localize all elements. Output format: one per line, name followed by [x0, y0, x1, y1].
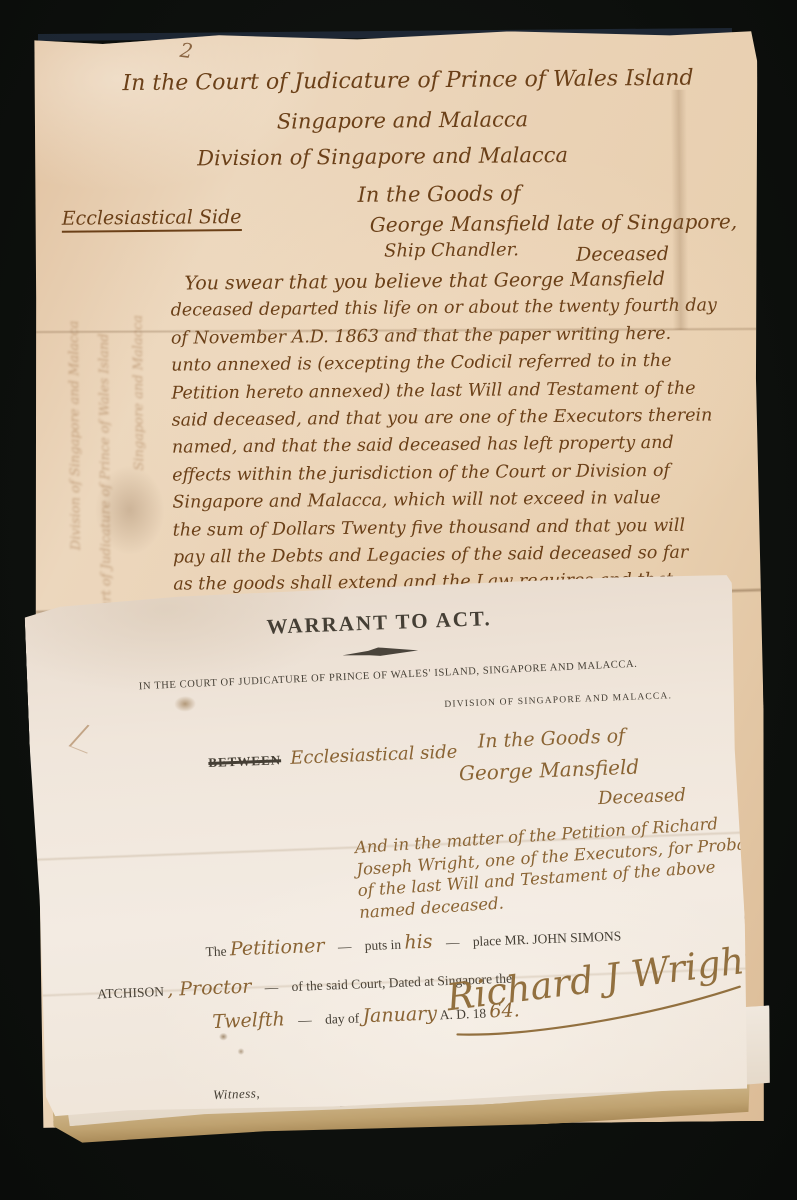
goods-line2: George Mansfield	[459, 755, 640, 786]
his-handwritten: his	[404, 931, 433, 954]
warrant-document: WARRANT TO ACT. IN THE COURT OF JUDICATU…	[24, 573, 751, 1118]
ecclesiastical-side-label: Ecclesiastical Side	[62, 206, 242, 233]
fold-shadow	[671, 90, 689, 330]
ink-stain	[94, 465, 165, 556]
petitioner-handwritten: Petitioner	[230, 935, 325, 961]
ink-stain	[174, 695, 197, 712]
petition-note: And in the matter of the Petition of Ric…	[354, 810, 766, 923]
ink-stain	[237, 1048, 244, 1055]
oath-body-line: Singapore and Malacca, which will not ex…	[172, 485, 677, 517]
occupation-line: Ship Chandler.	[384, 239, 519, 261]
page-mark: 2	[179, 38, 195, 63]
goods-heading: In the Goods of	[357, 181, 520, 207]
between-row: BETWEEN Ecclesiastical side	[208, 741, 458, 772]
ink-check-mark	[69, 725, 107, 754]
division-heading-line: Division of Singapore and Malacca	[197, 143, 568, 171]
ink-stain	[219, 1032, 228, 1040]
court-heading-line: In the Court of Judicature of Prince of …	[122, 66, 693, 96]
day-handwritten: Twelfth	[212, 1008, 285, 1033]
warrant-division-line: DIVISION OF SINGAPORE AND MALACCA.	[358, 688, 758, 713]
goods-line1: In the Goods of	[477, 725, 625, 753]
month-handwritten: January	[362, 1002, 437, 1027]
signature-block: Richard J Wright	[444, 935, 781, 1050]
deceased-label: Deceased	[576, 243, 669, 266]
between-label-struck: BETWEEN	[208, 752, 281, 770]
appointment-row-1: The Petitioner — puts in his — place MR.…	[205, 923, 621, 961]
goods-line3: Deceased	[598, 785, 687, 809]
witness-label: Witness,	[213, 1085, 261, 1103]
settlement-heading-line: Singapore and Malacca	[277, 107, 529, 133]
ecclesiastical-side-note: Ecclesiastical side	[290, 741, 458, 768]
oath-body-line: unto annexed is (excepting the Codicil r…	[171, 348, 676, 380]
